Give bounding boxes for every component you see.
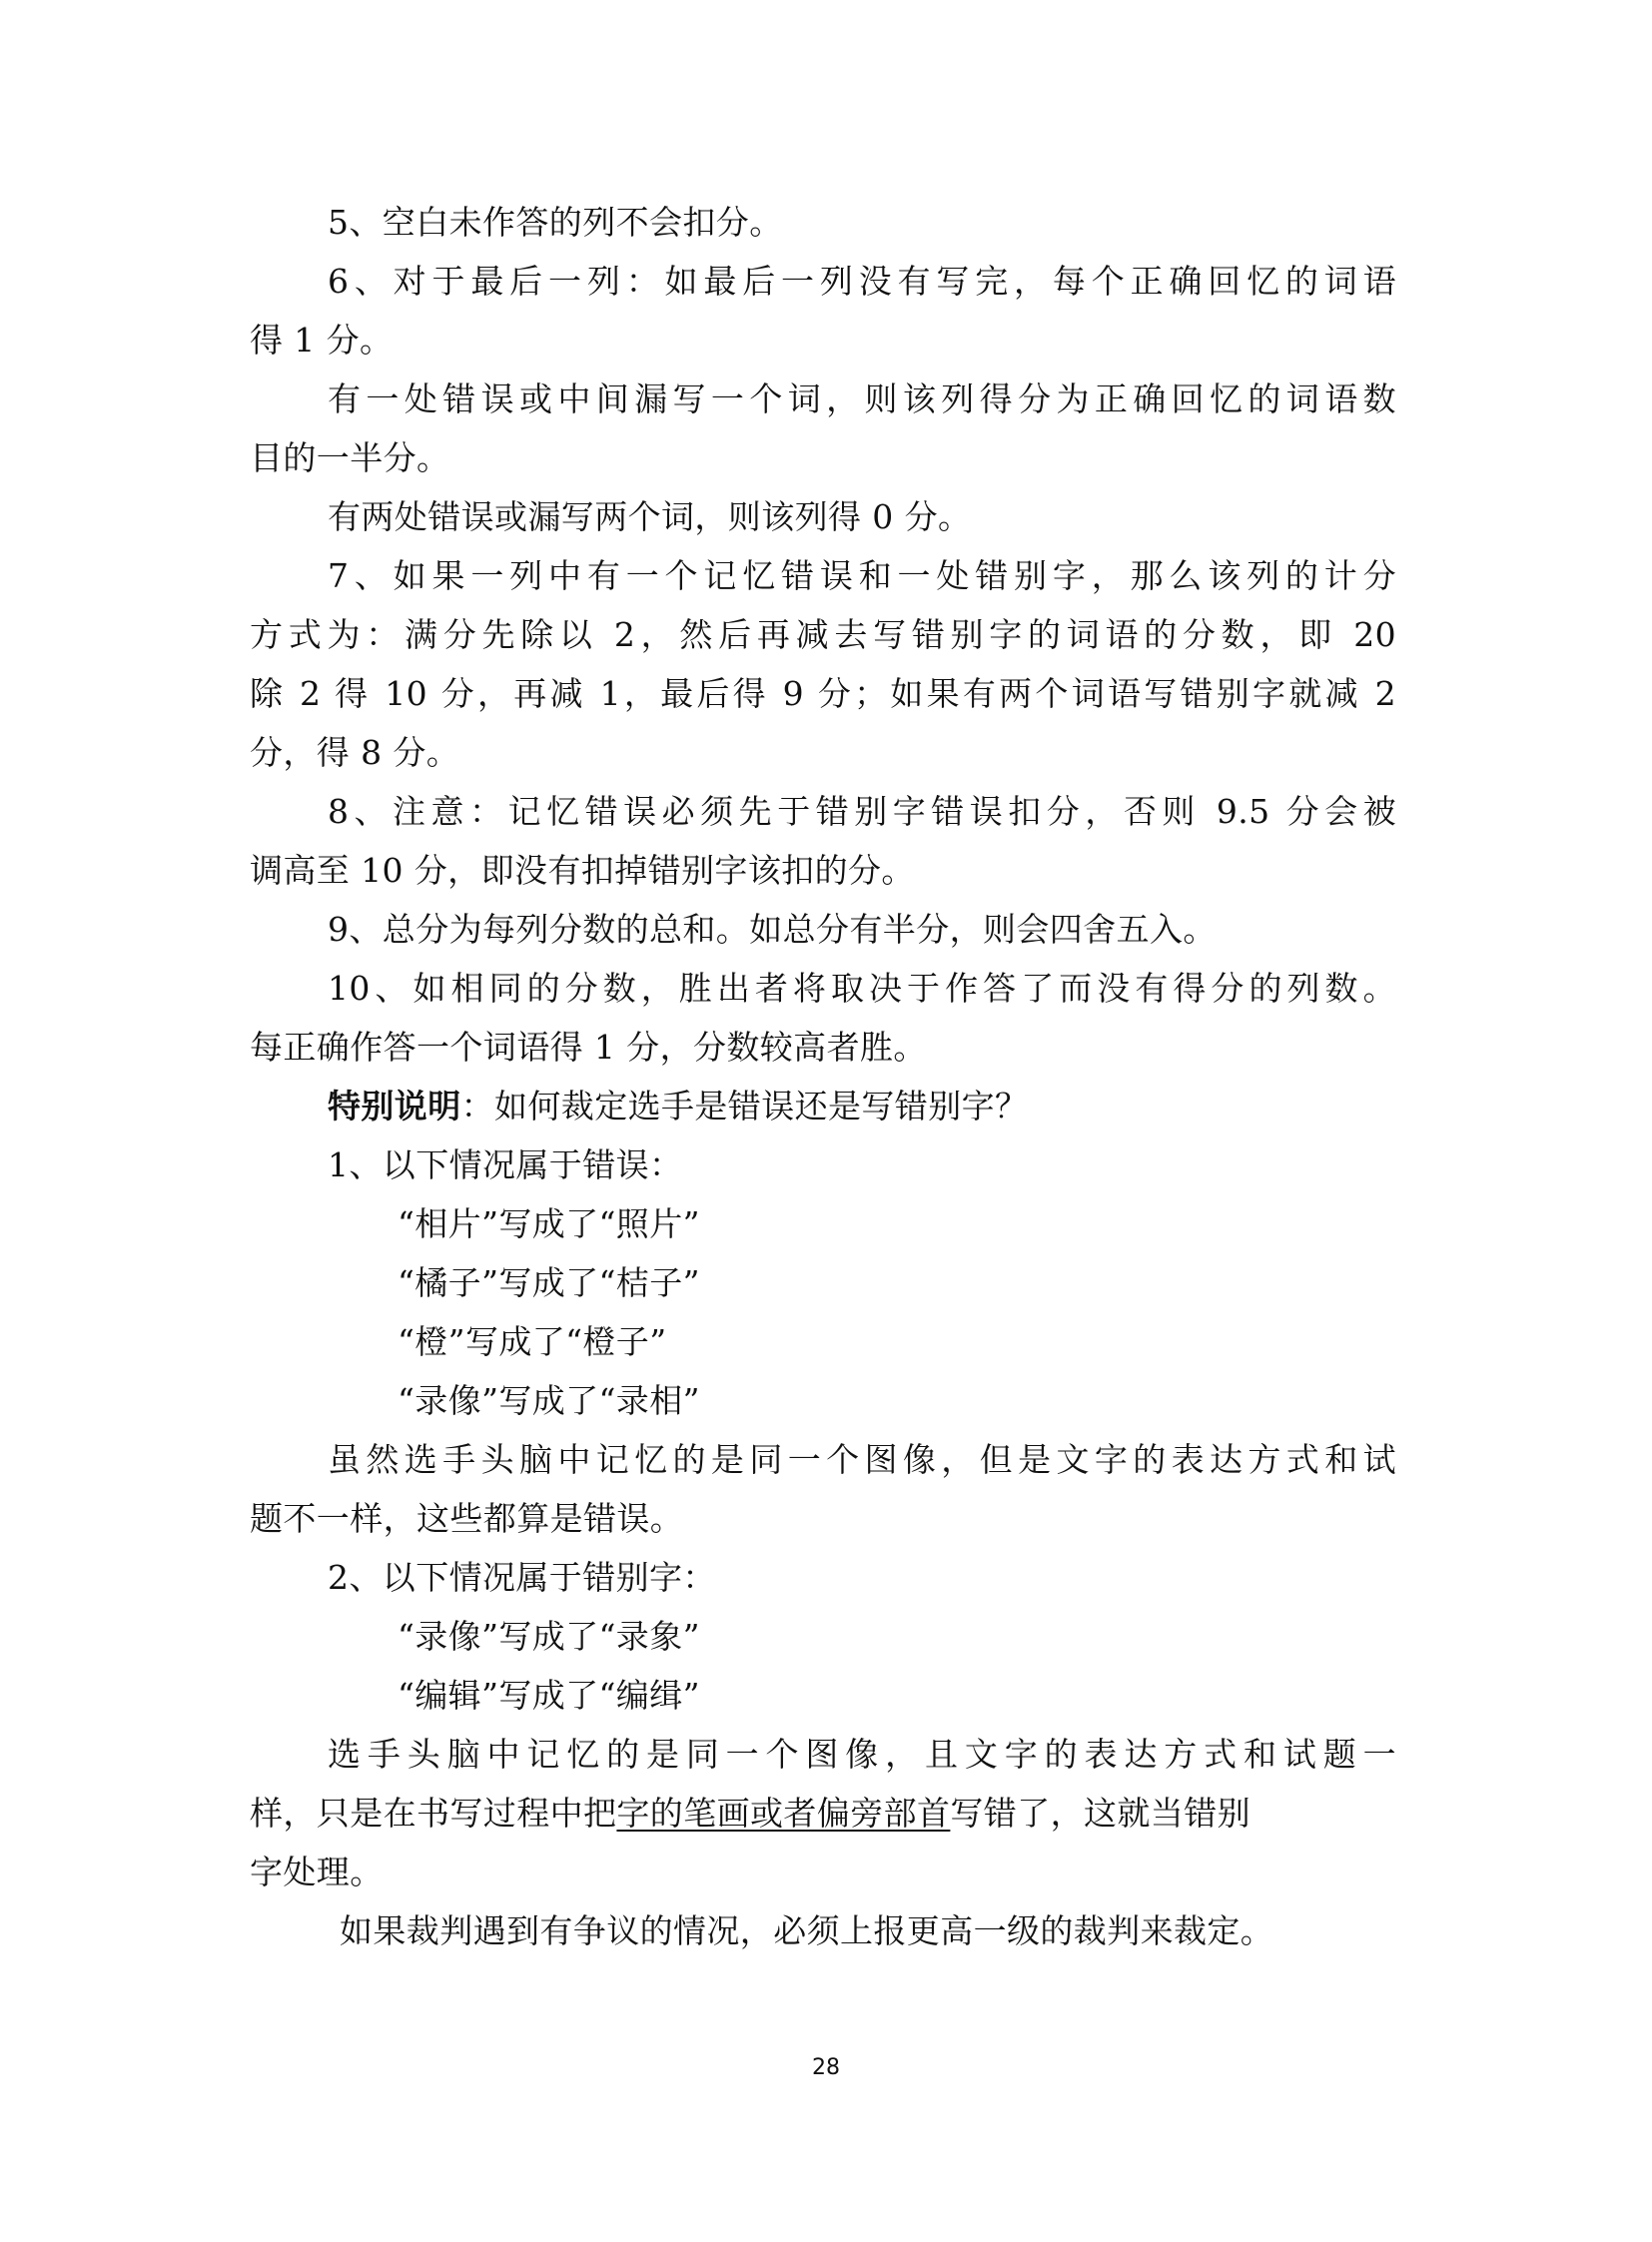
special-note-heading: 特别说明：如何裁定选手是错误还是写错别字？ <box>328 1087 1396 1126</box>
case-2-example: “录像”写成了“录象” <box>398 1617 1396 1657</box>
rule-7-line-3: 除 2 得 10 分，再减 1，最后得 9 分；如果有两个词语写错别字就减 2 <box>250 674 1396 714</box>
rule-7-line-4: 分，得 8 分。 <box>250 733 1396 773</box>
special-note-question: ：如何裁定选手是错误还是写错别字？ <box>461 1087 1029 1125</box>
special-note-label: 特别说明 <box>328 1087 461 1125</box>
rule-6b: 有两处错误或漏写两个词，则该列得 0 分。 <box>328 497 1396 537</box>
case-1-example: “橙”写成了“橙子” <box>398 1322 1396 1362</box>
case-1-explanation-line-1: 虽然选手头脑中记忆的是同一个图像，但是文字的表达方式和试 <box>328 1440 1396 1480</box>
page-number: 28 <box>0 2055 1652 2080</box>
case-1-example: “相片”写成了“照片” <box>398 1204 1396 1244</box>
rule-7-line-2: 方式为：满分先除以 2，然后再减去写错别字的词语的分数，即 20 <box>250 615 1396 655</box>
case-1-explanation-line-2: 题不一样，这些都算是错误。 <box>250 1499 1396 1539</box>
case-2-explanation-post: 写错了，这就当错别 <box>950 1794 1250 1833</box>
closing-note: 如果裁判遇到有争议的情况，必须上报更高一级的裁判来裁定。 <box>340 1911 1398 1951</box>
case-1-title: 1、以下情况属于错误： <box>328 1145 1396 1185</box>
rule-9: 9、总分为每列分数的总和。如总分有半分，则会四舍五入。 <box>328 910 1396 950</box>
case-1-example: “录像”写成了“录相” <box>398 1381 1396 1421</box>
rule-10-line-2: 每正确作答一个词语得 1 分，分数较高者胜。 <box>250 1028 1396 1068</box>
rule-6a-line-2: 目的一半分。 <box>250 438 1396 478</box>
case-2-explanation-pre: 样，只是在书写过程中把 <box>250 1794 616 1833</box>
case-2-explanation-line-3: 字处理。 <box>250 1853 1396 1892</box>
rule-10-line-1: 10、如相同的分数，胜出者将取决于作答了而没有得分的列数。 <box>328 969 1396 1009</box>
case-1-example: “橘子”写成了“桔子” <box>398 1263 1396 1303</box>
underlined-phrase: 字的笔画或者偏旁部首 <box>616 1794 950 1833</box>
rule-8-line-2: 调高至 10 分，即没有扣掉错别字该扣的分。 <box>250 851 1396 891</box>
rule-6a-line-1: 有一处错误或中间漏写一个词，则该列得分为正确回忆的词语数 <box>328 379 1396 419</box>
case-2-example: “编辑”写成了“编缉” <box>398 1676 1396 1716</box>
case-2-explanation-line-1: 选手头脑中记忆的是同一个图像，且文字的表达方式和试题一 <box>328 1735 1396 1775</box>
document-page: 5、空白未作答的列不会扣分。 6、对于最后一列：如最后一列没有写完，每个正确回忆… <box>0 0 1652 2242</box>
case-2-explanation-line-2: 样，只是在书写过程中把字的笔画或者偏旁部首写错了，这就当错别 <box>250 1794 1396 1834</box>
rule-6-line-2: 得 1 分。 <box>250 321 1396 361</box>
rule-6-line-1: 6、对于最后一列：如最后一列没有写完，每个正确回忆的词语 <box>328 262 1396 302</box>
case-2-title: 2、以下情况属于错别字： <box>328 1558 1396 1598</box>
rule-7-line-1: 7、如果一列中有一个记忆错误和一处错别字，那么该列的计分 <box>328 556 1396 596</box>
rule-5: 5、空白未作答的列不会扣分。 <box>328 203 1396 243</box>
rule-8-line-1: 8、注意：记忆错误必须先于错别字错误扣分，否则 9.5 分会被 <box>328 792 1396 832</box>
